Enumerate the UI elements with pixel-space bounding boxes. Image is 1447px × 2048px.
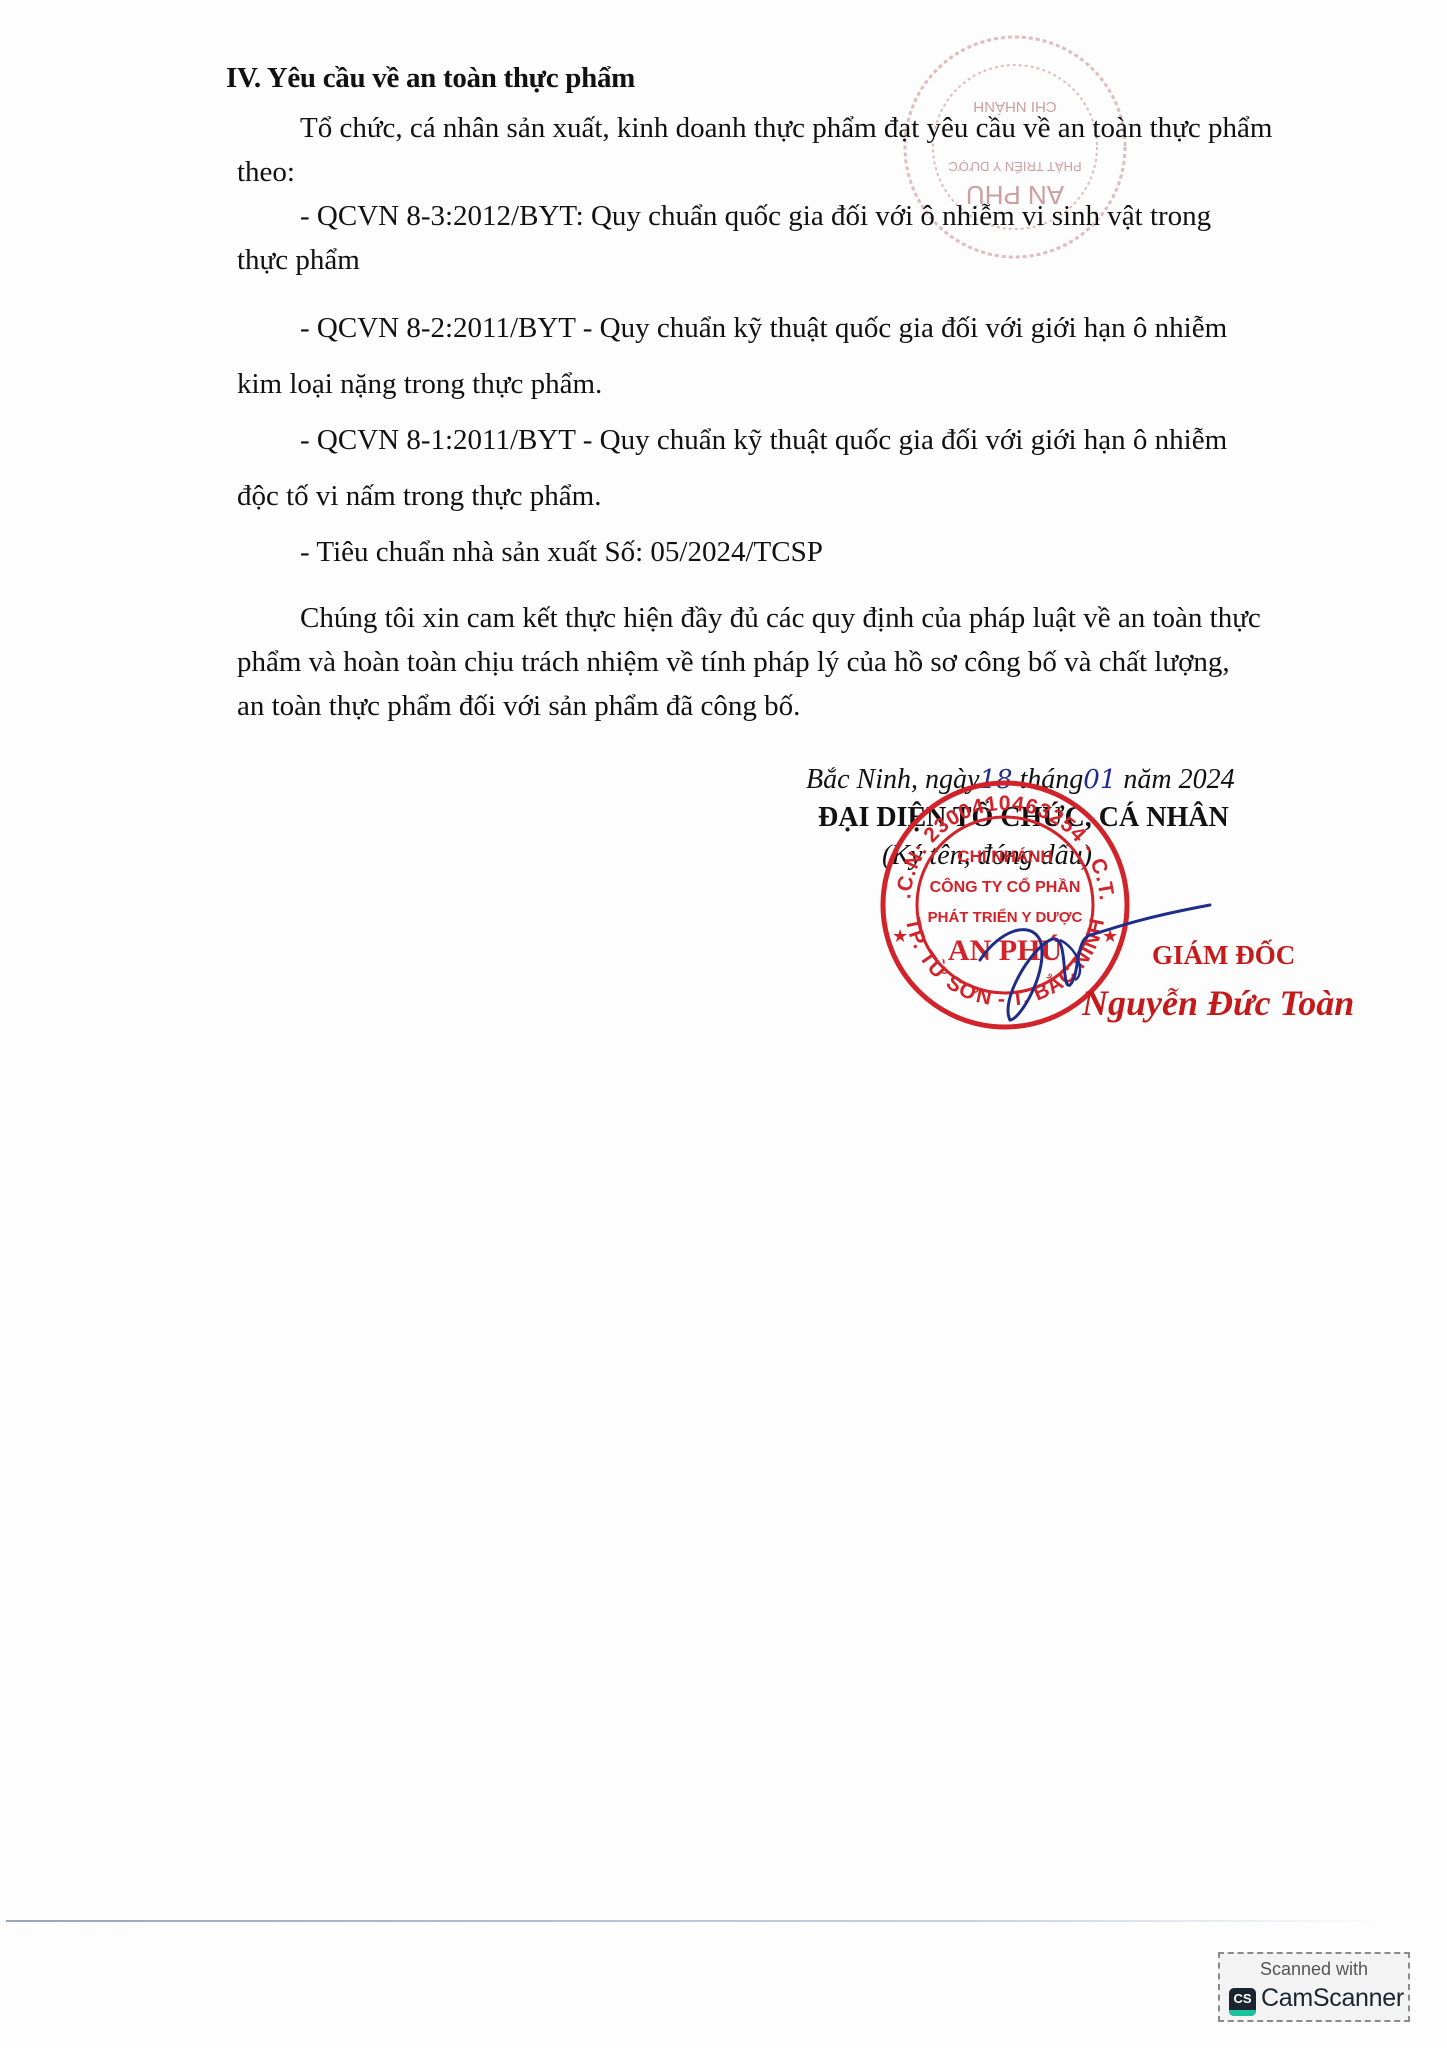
- handwritten-month: 01: [1083, 765, 1116, 795]
- svg-text:CÔNG TY CỔ PHẦN: CÔNG TY CỔ PHẦN: [930, 877, 1081, 896]
- page-bottom-edge: [6, 1920, 1386, 1922]
- svg-text:★: ★: [892, 926, 908, 946]
- commitment-line-3: an toàn thực phẩm đối với sản phẩm đã cô…: [237, 688, 800, 724]
- svg-text:PHÁT TRIỂN Y DƯỢC: PHÁT TRIỂN Y DƯỢC: [928, 908, 1083, 926]
- camscanner-logo-icon: CS: [1229, 1988, 1256, 2016]
- document-page: CHI NHÁNH PHÁT TRIỂN Y DƯỢC AN PHÚ IV. Y…: [0, 0, 1447, 2048]
- date-prefix: Bắc Ninh, ngày: [806, 764, 979, 795]
- section-heading: IV. Yêu cầu về an toàn thực phẩm: [226, 60, 635, 96]
- standard-1-line-1: - QCVN 8-3:2012/BYT: Quy chuẩn quốc gia …: [300, 198, 1211, 234]
- camscanner-watermark: Scanned with CS CamScanner: [1218, 1952, 1410, 2022]
- standard-1-line-2: thực phẩm: [237, 242, 360, 278]
- watermark-caption: Scanned with: [1220, 1959, 1408, 1980]
- intro-line-2: theo:: [237, 154, 295, 190]
- representative-title: ĐẠI DIỆN TỔ CHỨC, CÁ NHÂN: [818, 800, 1229, 836]
- standard-4: - Tiêu chuẩn nhà sản xuất Số: 05/2024/TC…: [300, 534, 823, 570]
- handwritten-day: 18: [979, 765, 1012, 795]
- standard-3-line-2: độc tố vi nấm trong thực phẩm.: [237, 478, 601, 514]
- standard-2-line-1: - QCVN 8-2:2011/BYT - Quy chuẩn kỹ thuật…: [300, 310, 1227, 346]
- year-label: năm 2024: [1123, 764, 1234, 795]
- date-line: Bắc Ninh, ngày18 tháng01 năm 2024: [806, 762, 1235, 798]
- svg-text:AN PHÚ: AN PHÚ: [948, 934, 1062, 967]
- commitment-line-1: Chúng tôi xin cam kết thực hiện đầy đủ c…: [300, 600, 1261, 636]
- month-label: tháng: [1020, 764, 1084, 795]
- sign-note: (Ký tên, đóng dấu): [882, 838, 1092, 874]
- svg-text:TP. TỪ SƠN - T. BẮC NINH: TP. TỪ SƠN - T. BẮC NINH: [901, 916, 1110, 1011]
- svg-text:PHÁT TRIỂN Y DƯỢC: PHÁT TRIỂN Y DƯỢC: [948, 159, 1081, 174]
- watermark-brand: CamScanner: [1261, 1984, 1404, 2013]
- standard-3-line-1: - QCVN 8-1:2011/BYT - Quy chuẩn kỹ thuật…: [300, 422, 1227, 458]
- intro-line-1: Tổ chức, cá nhân sản xuất, kinh doanh th…: [300, 110, 1272, 146]
- signer-name: Nguyễn Đức Toàn: [1082, 982, 1354, 1024]
- standard-2-line-2: kim loại nặng trong thực phẩm.: [237, 366, 602, 402]
- svg-text:★: ★: [1102, 926, 1118, 946]
- signer-position: GIÁM ĐỐC: [1152, 940, 1295, 971]
- commitment-line-2: phẩm và hoàn toàn chịu trách nhiệm về tí…: [237, 644, 1230, 680]
- bleed-through-stamp-icon: CHI NHÁNH PHÁT TRIỂN Y DƯỢC AN PHÚ: [890, 22, 1140, 272]
